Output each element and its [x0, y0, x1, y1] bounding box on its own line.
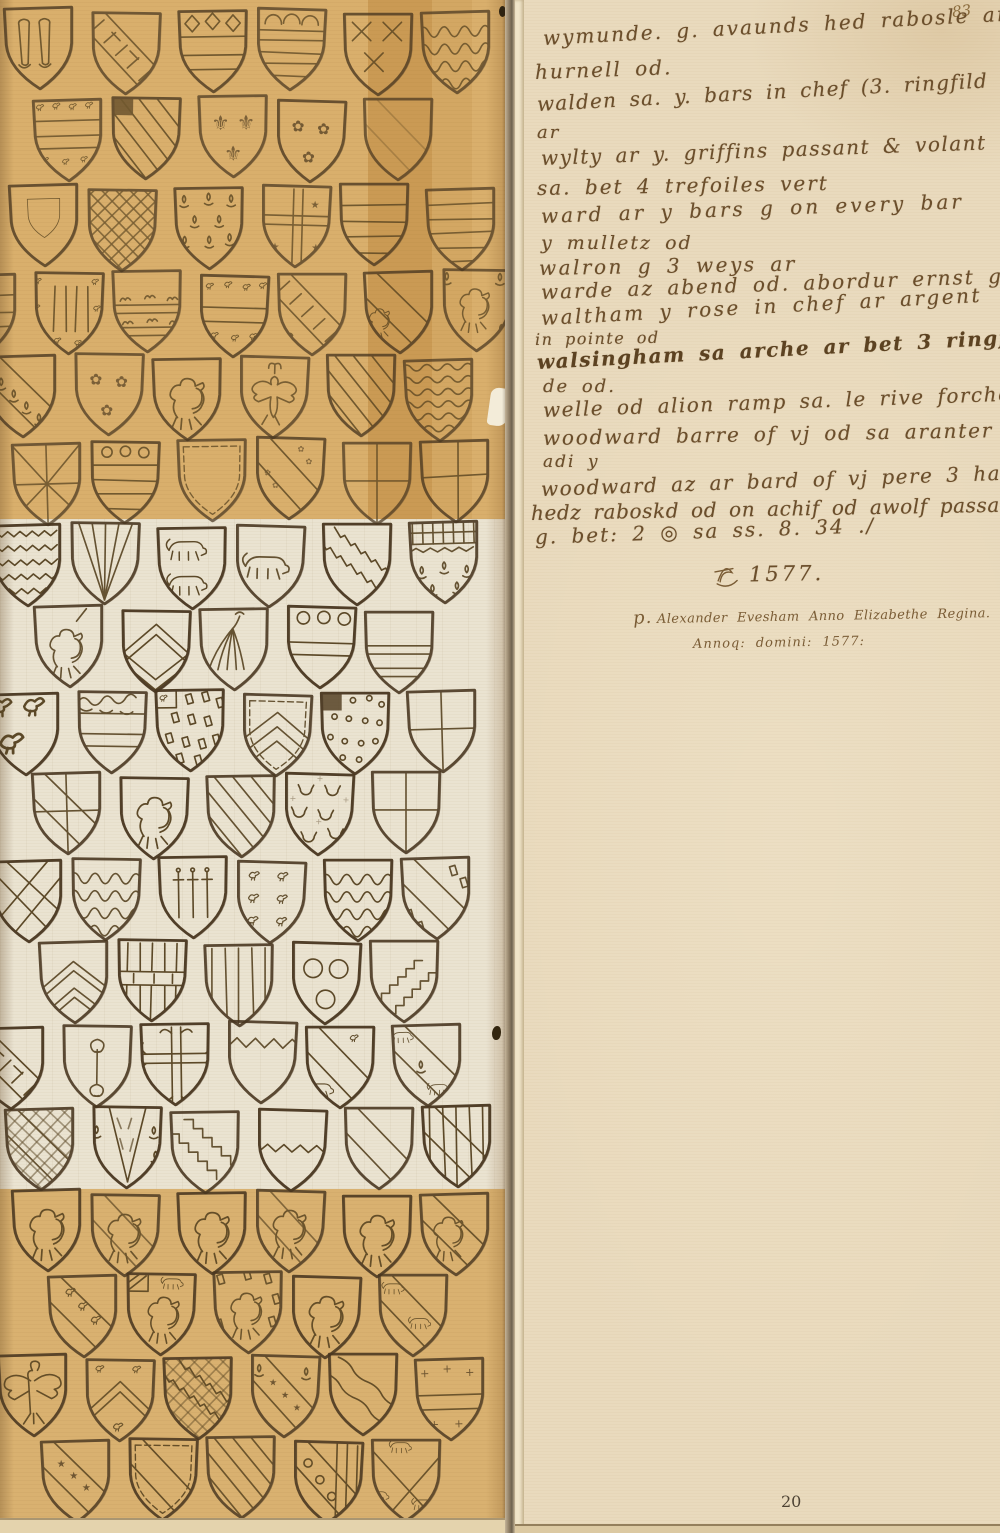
manuscript-line: wylty ar y. griffins passant & volant — [541, 130, 987, 170]
shield-bordureBend — [121, 1433, 204, 1524]
svg-text:⚜: ⚜ — [224, 141, 243, 165]
shield-crossFlory — [133, 1018, 216, 1109]
shield-palyBend — [415, 1100, 499, 1192]
svg-text:+: + — [420, 1367, 430, 1380]
shield-bendWavy — [322, 1349, 404, 1439]
svg-text:★: ★ — [281, 1390, 290, 1401]
shield-chiefChecky — [402, 516, 486, 608]
shield-guttyCanton — [314, 688, 396, 778]
manuscript-line: hurnell od. — [535, 55, 673, 84]
svg-text:★: ★ — [56, 1459, 65, 1470]
svg-text:+: + — [442, 1362, 452, 1375]
shield-bendSteps — [363, 936, 445, 1026]
shield-bendLeafy: ✿✿✿✿ — [248, 432, 332, 524]
shield-lionRampant — [170, 1187, 253, 1278]
shield-pily — [63, 517, 146, 608]
shield-saltireBeasts — [365, 1435, 447, 1525]
svg-text:+: + — [454, 1417, 464, 1430]
right-page-text: 83 wymunde. g. avaunds hed rabosle arhur… — [515, 0, 1000, 1533]
shield-lionRampant — [336, 1191, 418, 1281]
manuscript-line: wymunde. g. avaunds hed rabosle ar — [542, 2, 1000, 50]
shield-swords3 — [151, 851, 234, 942]
shield-paleRoundelsBend — [286, 1436, 370, 1528]
shield-lionBend — [248, 1185, 332, 1277]
shield-lionBend — [83, 1189, 166, 1280]
shield-barry4 — [333, 179, 415, 269]
shield-pileErmine — [85, 1101, 168, 1192]
shield-lionRampant — [5, 1184, 89, 1276]
shield-lionBillets — [206, 1266, 289, 1357]
svg-text:✿: ✿ — [115, 373, 128, 391]
shield-fessCrosses: +++++ — [408, 1353, 492, 1445]
shield-birds3 — [0, 688, 67, 780]
svg-text:★: ★ — [82, 1483, 91, 1494]
shield-ramshorn — [55, 1020, 138, 1111]
shield-zigzagRows — [0, 519, 69, 611]
shield-chiefRoundelsBarry — [83, 436, 166, 527]
manuscript-line: Annoq: domini: 1577: — [693, 634, 865, 652]
svg-text:✿: ✿ — [89, 371, 102, 389]
manuscript-line: y mulletz od — [541, 232, 693, 254]
left-page-shield-grid: ⚜⚜⚜✿✿✿★★★✿✿✿✿✿✿✿++++★★★+++++★★★ — [0, 0, 505, 1533]
manuscript-line: p. — [632, 607, 653, 629]
shield-bendEmbattled — [163, 1106, 246, 1197]
shield-pillars — [0, 2, 81, 94]
shield-cantonBeast — [119, 1268, 202, 1359]
shield-palyBirds — [27, 267, 110, 358]
shield-crescents6: ++++ — [277, 768, 361, 860]
shield-inescutcheon — [2, 179, 86, 271]
manuscript-line: de od. — [543, 376, 616, 397]
shield-roses3: ✿✿✿ — [269, 95, 353, 187]
shield-chiefLozenges — [171, 5, 254, 96]
shield-lionsPassant2 — [150, 522, 233, 613]
shield-chiefVine — [70, 686, 153, 777]
shield-eagleDisplayed — [0, 1349, 75, 1441]
shield-lionRampant — [145, 353, 228, 444]
shield-bendBeast — [357, 266, 441, 358]
shield-saltires3 — [337, 9, 419, 99]
shield-zigzagFess — [250, 1104, 334, 1196]
shield-bendMulletsErmine: ★★★ — [243, 1350, 327, 1442]
shield-bendFaint — [357, 94, 439, 184]
shield-bendErmine — [0, 350, 64, 442]
shield-crossMullets: ★★★ — [254, 180, 338, 272]
shield-lionRampant — [112, 772, 195, 863]
shield-chevronBirds — [78, 1354, 161, 1445]
svg-text:★: ★ — [269, 1377, 278, 1388]
shield-fessDancetty — [220, 1016, 304, 1108]
svg-text:+: + — [342, 794, 349, 804]
shield-quarterly — [400, 685, 484, 777]
shield-quarterly — [365, 767, 447, 857]
shield-bars2 — [358, 607, 440, 697]
shield-bendChecky — [84, 7, 167, 98]
shield-barryWavy — [64, 853, 147, 944]
shield-cantonBendy — [104, 92, 187, 183]
svg-text:+: + — [465, 1366, 475, 1379]
shield-ermineLion — [435, 264, 505, 355]
shield-bendLion2 — [413, 1188, 497, 1280]
svg-text:✿: ✿ — [302, 148, 315, 166]
svg-text:+: + — [289, 793, 296, 803]
shield-bendLions — [385, 1019, 469, 1111]
svg-text:✿: ✿ — [305, 456, 312, 466]
svg-text:✿: ✿ — [297, 444, 304, 454]
shield-chiefArchesBarry — [249, 3, 333, 95]
svg-text:✿: ✿ — [317, 120, 330, 138]
shield-chevronny3 — [235, 689, 319, 781]
shield-fessBirds — [192, 270, 276, 362]
shield-saltire — [0, 855, 70, 947]
shield-barry5 — [419, 183, 503, 275]
shield-ermineField — [167, 182, 250, 273]
shield-unicorn — [27, 600, 111, 692]
shield-chevronPair — [114, 605, 197, 696]
shield-roundels3 — [284, 937, 368, 1029]
shield-barry4 — [0, 269, 24, 361]
svg-text:★: ★ — [69, 1471, 78, 1482]
shield-quarterly — [336, 438, 418, 528]
shield-bendBillets — [394, 852, 478, 944]
shield-quarterlyBend — [25, 767, 109, 859]
shield-billetsCanton — [148, 684, 231, 775]
shield-bendBeastLow — [299, 1022, 381, 1112]
manuscript-line: 1577. — [711, 558, 825, 588]
shield-bars2deco — [105, 265, 188, 356]
svg-text:✿: ✿ — [264, 467, 271, 477]
shield-chevrons2 — [32, 936, 116, 1028]
svg-text:★: ★ — [310, 200, 319, 211]
shield-martlets6 — [229, 856, 313, 948]
shield-fretty — [80, 184, 163, 275]
bottom-page-number: 20 — [781, 1492, 801, 1511]
shield-wavyTight — [397, 354, 481, 446]
shield-chiefBirdsFess — [26, 94, 110, 186]
svg-text:★: ★ — [293, 1403, 302, 1414]
shield-engrailedPlain — [170, 434, 253, 525]
shield-eagleDouble — [232, 351, 316, 443]
manuscript-spread: ⚜⚜⚜✿✿✿★★★✿✿✿✿✿✿✿++++★★★+++++★★★ 83 wymun… — [0, 0, 1000, 1533]
shield-chiefRoundelsBar — [279, 601, 363, 693]
shield-barryWavy — [317, 855, 399, 945]
shield-bendBeasts — [372, 1270, 454, 1360]
shield-bendy — [320, 350, 402, 440]
shield-bendLadder — [271, 269, 353, 359]
manuscript-line: woodward barre of vj od sa aranter y — [543, 418, 1000, 450]
manuscript-line: ar — [537, 122, 560, 143]
svg-text:✿: ✿ — [291, 117, 304, 135]
svg-text:⚜: ⚜ — [211, 111, 230, 135]
shield-frettyBend — [0, 1103, 82, 1195]
shield-bendChecky — [0, 1022, 52, 1114]
manuscript-line: Alexander Evesham Anno Elizabethe Regina… — [657, 606, 1000, 627]
shield-bendRaguly — [316, 519, 398, 609]
shield-bendBirds — [41, 1270, 125, 1362]
shield-gyronny — [5, 438, 89, 530]
svg-text:✿: ✿ — [100, 401, 113, 419]
shield-frettyBendRaguly — [156, 1352, 239, 1443]
shield-tassel — [192, 603, 275, 694]
shield-bendPlain — [338, 1103, 420, 1193]
shield-lionPassant — [228, 520, 312, 612]
svg-text:✿: ✿ — [272, 480, 279, 490]
shield-barryWavy — [414, 6, 498, 98]
svg-text:+: + — [315, 816, 322, 826]
shield-bendy — [199, 1431, 282, 1522]
manuscript-line: adi y — [543, 452, 599, 472]
shield-crossPlain — [413, 435, 497, 527]
left-page-bottom-edge — [0, 1518, 505, 1533]
shield-palyFess — [110, 934, 193, 1025]
shield-fleurs3: ⚜⚜⚜ — [191, 90, 274, 181]
right-page-edge — [515, 0, 524, 1533]
shield-bendyBold — [199, 770, 282, 861]
svg-text:⚜: ⚜ — [237, 111, 256, 135]
shield-bendMullets: ★★★ — [34, 1435, 118, 1527]
right-page-bottom-edge — [515, 1524, 1000, 1533]
shield-roses3: ✿✿✿ — [67, 348, 150, 439]
